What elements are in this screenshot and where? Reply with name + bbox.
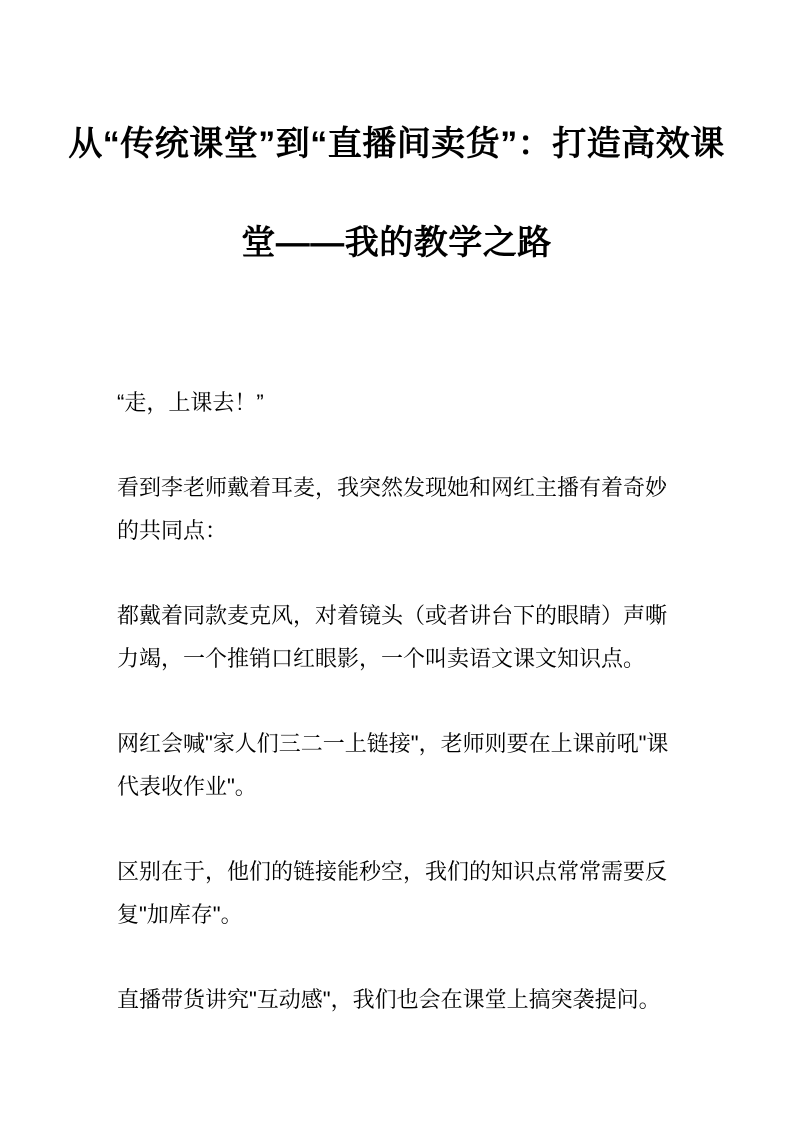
document-title-line-1: 从“传统课堂”到“直播间卖货”：打造高效课 — [58, 95, 735, 194]
paragraph-difference-restock: 区别在于，他们的链接能秒空，我们的知识点常常需要反复"加库存"。 — [117, 850, 677, 936]
document-title-line-2: 堂——我的教学之路 — [58, 194, 735, 293]
paragraph-livestream-shout: 网红会喊"家人们三二一上链接"，老师则要在上课前吼"课代表收作业"。 — [117, 722, 677, 808]
paragraph-quote-opening: “走，上课去！” — [117, 381, 677, 424]
document-page: 从“传统课堂”到“直播间卖货”：打造高效课 堂——我的教学之路 “走，上课去！”… — [0, 0, 793, 1122]
paragraph-teacher-headset: 看到李老师戴着耳麦，我突然发现她和网红主播有着奇妙的共同点： — [117, 466, 677, 552]
document-body: “走，上课去！” 看到李老师戴着耳麦，我突然发现她和网红主播有着奇妙的共同点： … — [117, 381, 677, 1021]
paragraph-interaction-quiz: 直播带货讲究"互动感"，我们也会在课堂上搞突袭提问。 — [117, 978, 677, 1021]
document-title: 从“传统课堂”到“直播间卖货”：打造高效课 堂——我的教学之路 — [0, 0, 793, 293]
paragraph-same-microphone: 都戴着同款麦克风，对着镜头（或者讲台下的眼睛）声嘶力竭，一个推销口红眼影，一个叫… — [117, 594, 677, 680]
